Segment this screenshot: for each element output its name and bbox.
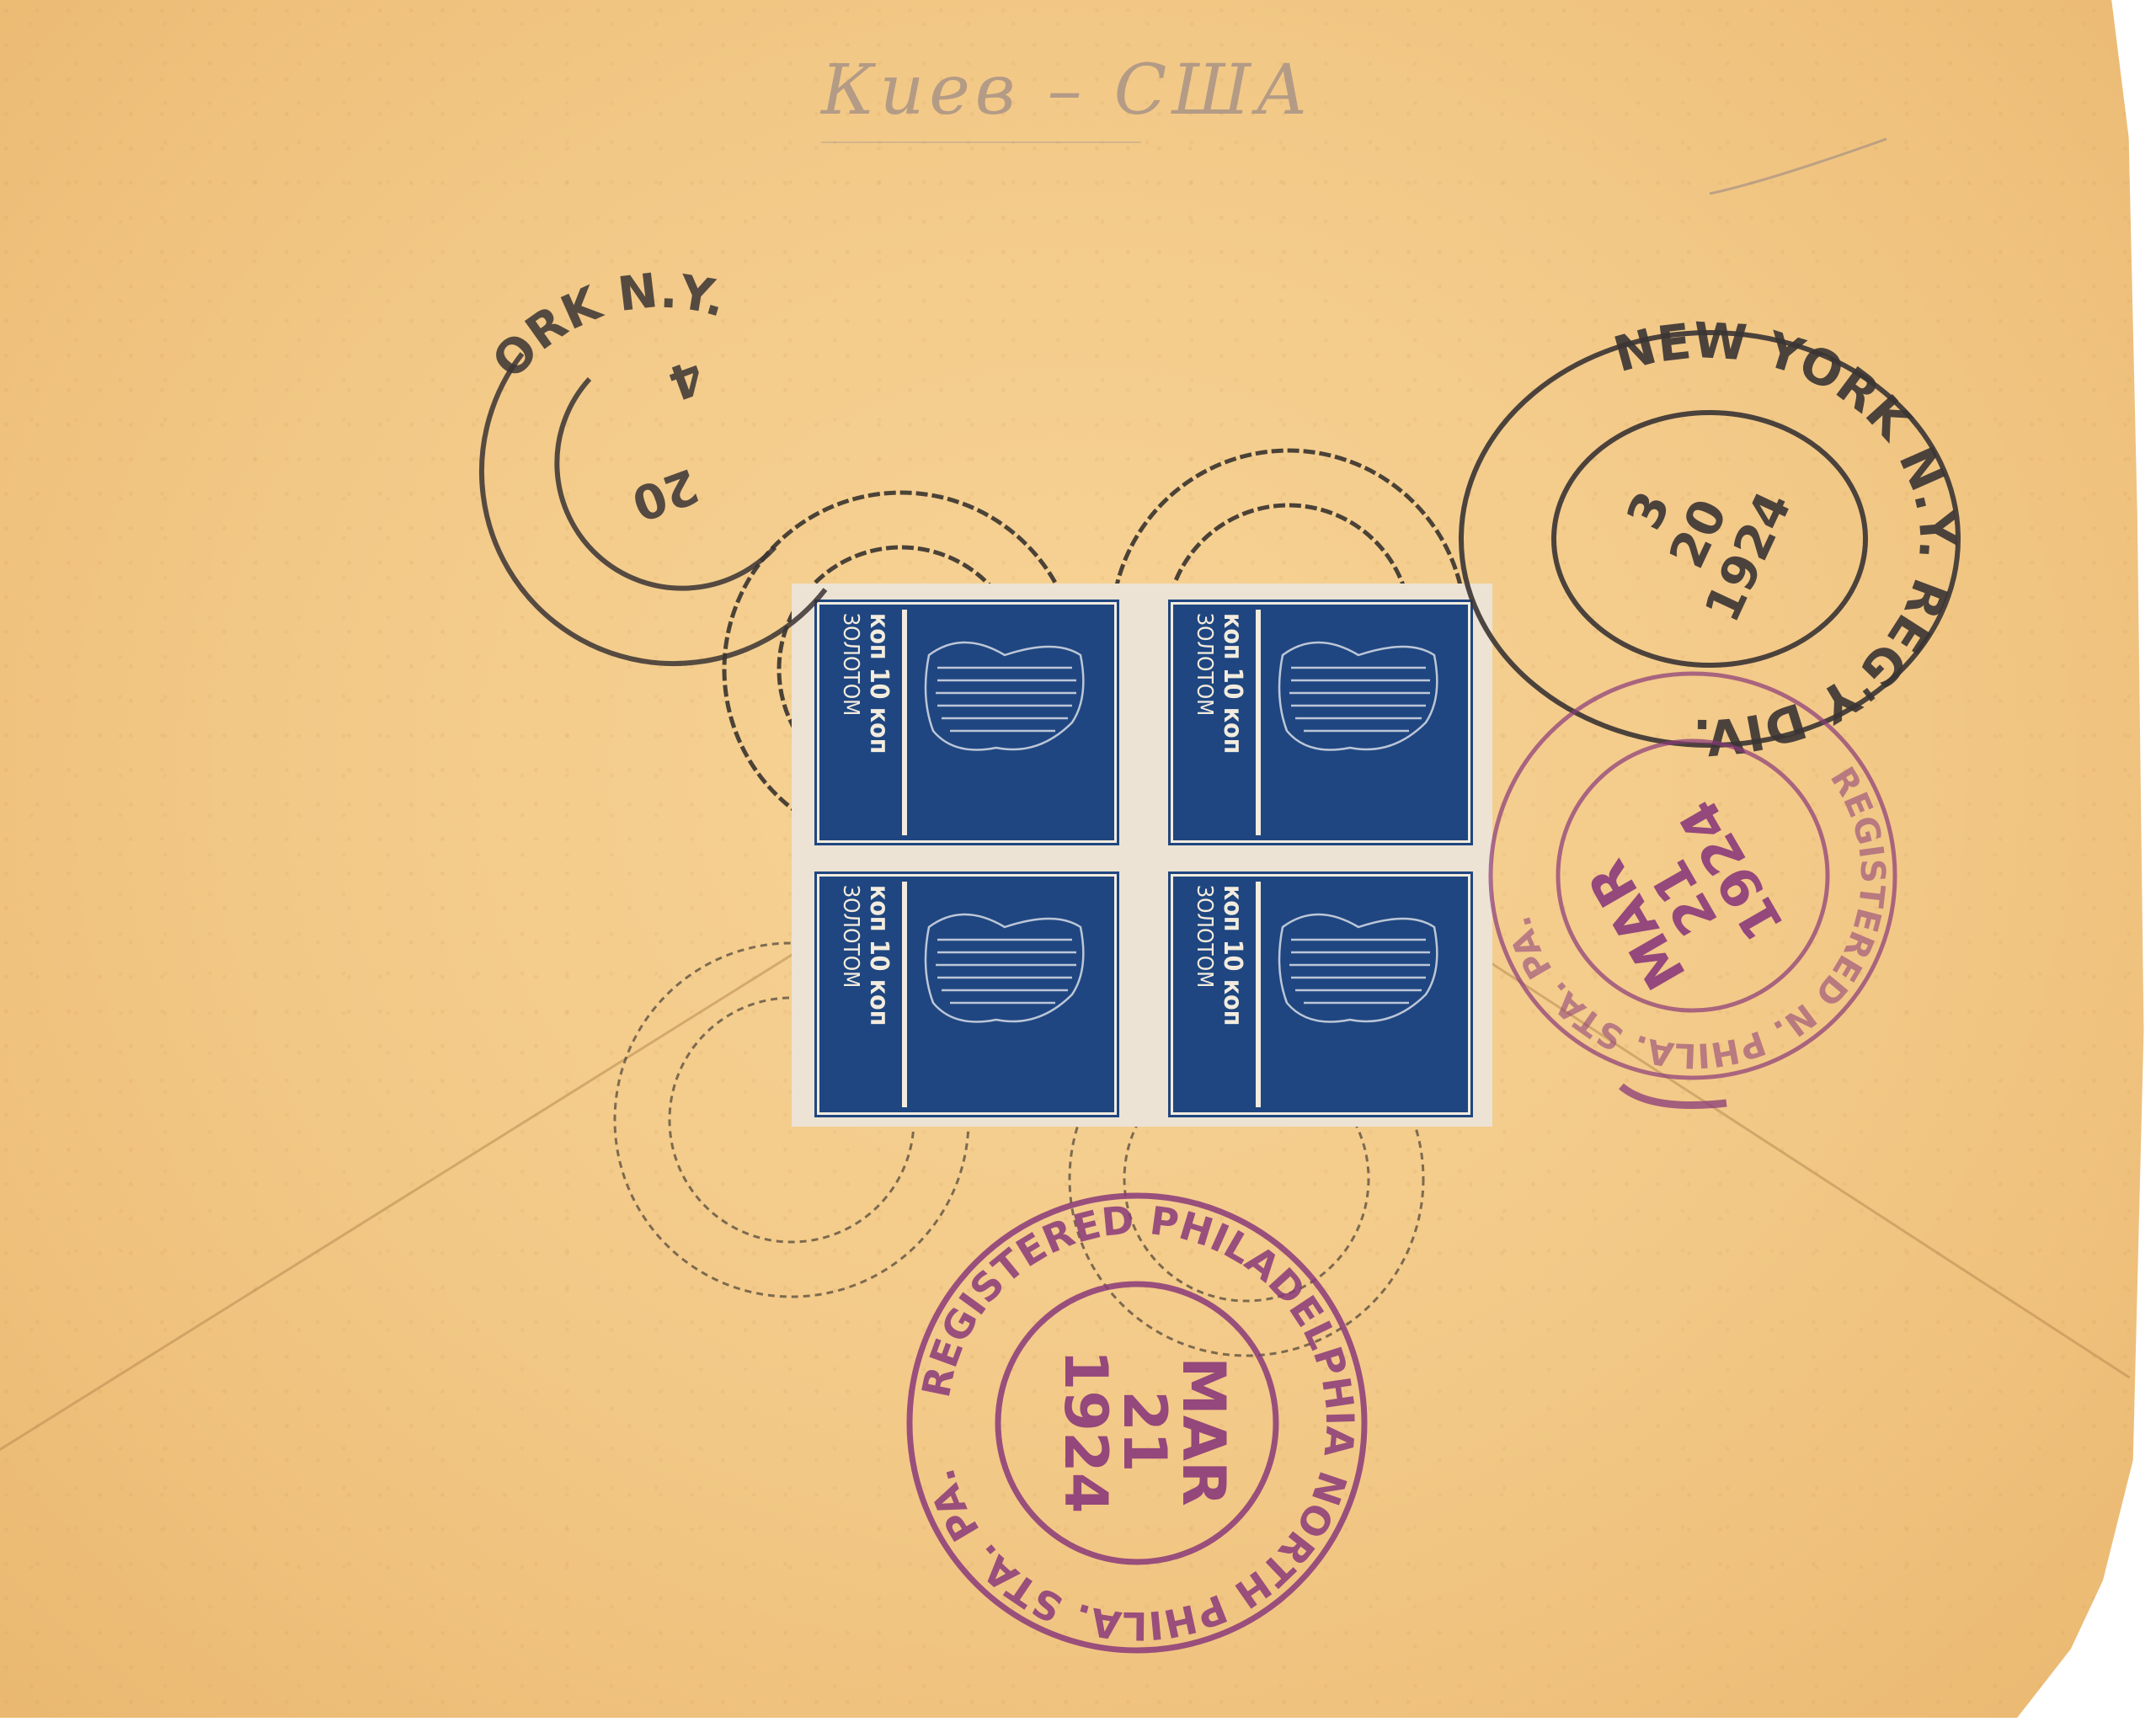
postmark-date-month: 4 <box>661 348 711 410</box>
postmark-date-day: 20 <box>625 457 705 531</box>
crayon-mark <box>1621 1086 1726 1106</box>
us-postmarks-layer: NEW YORK N.Y. REG'Y DIV. 3 20 1924 20 4 … <box>0 0 2156 1727</box>
postmark-date-year: 1924 <box>1051 1350 1120 1514</box>
pencil-stroke <box>1710 139 1886 194</box>
